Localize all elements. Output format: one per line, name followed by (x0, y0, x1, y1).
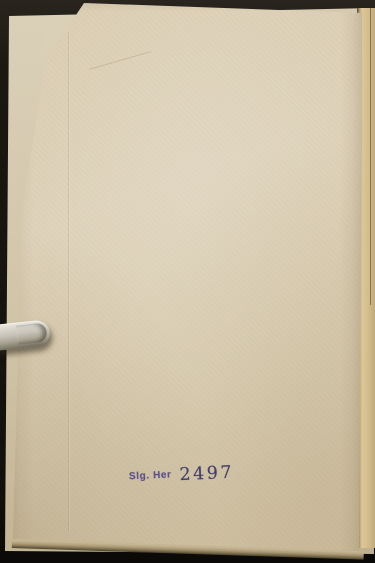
page-edge-groove (370, 8, 371, 305)
paper-clip-inner-loop (16, 323, 48, 345)
stamp-number: 2497 (179, 465, 234, 484)
collection-stamp: Slg. Her 2497 (129, 465, 235, 487)
paper-crease-vertical (68, 32, 69, 532)
paper-crease-corner (89, 51, 151, 70)
main-page: Slg. Her 2497 (10, 2, 362, 552)
stamp-label: Slg. Her (129, 467, 172, 482)
scanned-page-scene: Slg. Her 2497 (0, 0, 375, 563)
